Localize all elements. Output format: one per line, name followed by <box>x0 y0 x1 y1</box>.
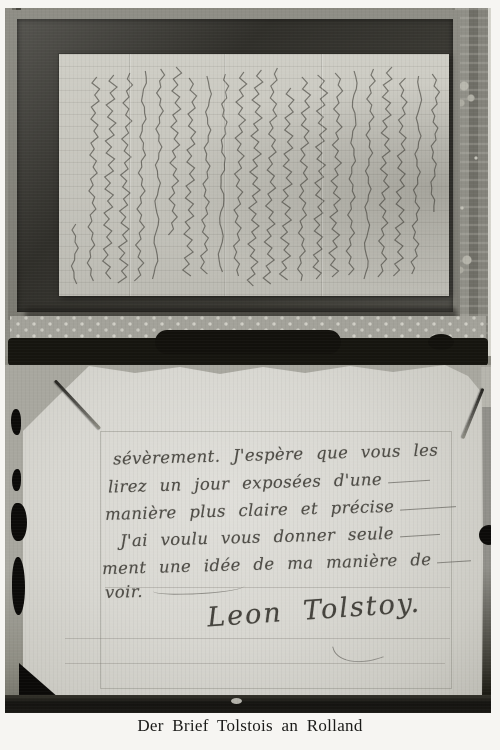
emulsion-damage-blob <box>12 469 21 491</box>
letter-line-6: voir. <box>105 579 245 602</box>
emulsion-damage-blob <box>12 557 25 615</box>
book-page: sévèrement. J'espère que vous les lirez … <box>0 0 500 750</box>
faint-ruled-line <box>65 663 445 664</box>
caption: Der Brief Tolstois an Rolland <box>0 716 500 736</box>
framed-letter-page <box>59 54 449 296</box>
handwriting-squiggles-graphic <box>59 54 449 296</box>
pen-flourish <box>400 506 456 511</box>
faint-ruled-line <box>65 638 450 639</box>
fabric-edge-highlight <box>488 8 491 356</box>
emulsion-damage-blob <box>11 409 21 435</box>
paper-fold-line <box>224 54 225 296</box>
pen-flourish <box>388 480 430 484</box>
pen-flourish <box>400 534 440 538</box>
paper-fold-line <box>129 54 130 296</box>
pen-flourish <box>153 581 245 596</box>
letter-last-page: sévèrement. J'espère que vous les lirez … <box>5 357 491 713</box>
letter-last-page-photo: sévèrement. J'espère que vous les lirez … <box>5 357 491 713</box>
letter-line-6-text: voir. <box>105 582 143 602</box>
frame-bevel <box>17 19 453 312</box>
photograph: sévèrement. J'espère que vous les lirez … <box>5 8 491 713</box>
pen-flourish <box>437 560 471 563</box>
paper-fold-line <box>321 54 322 296</box>
photo-bottom-edge <box>5 695 491 713</box>
emulsion-damage-blob <box>11 503 27 541</box>
picture-frame <box>8 10 460 320</box>
